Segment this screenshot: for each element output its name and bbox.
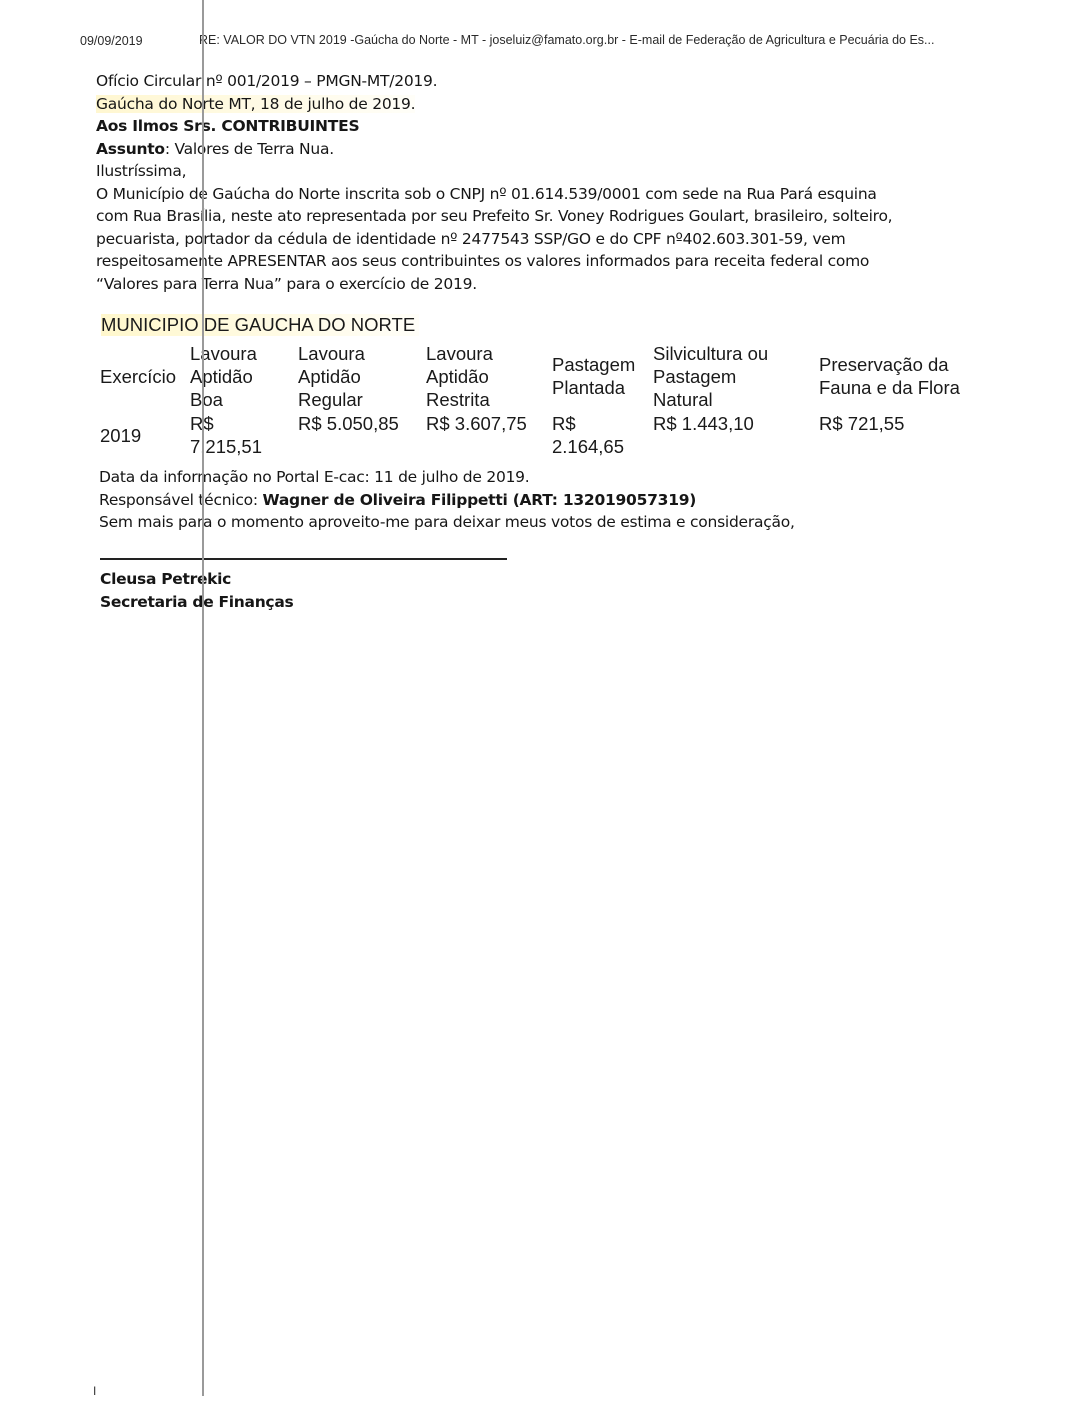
letter: Ofício Circular nº 001/2019 – PMGN-MT/20…: [96, 70, 996, 295]
table-cell: R$ 5.050,85: [298, 412, 426, 458]
body-line: O Município de Gaúcha do Norte inscrita …: [96, 183, 996, 206]
body-line: “Valores para Terra Nua” para o exercíci…: [96, 273, 996, 296]
cell-line: 2019: [100, 424, 190, 447]
column-header: Exercício: [100, 340, 190, 412]
body-line: pecuarista, portador da cédula de identi…: [96, 228, 996, 251]
table-cell: 2019: [100, 412, 190, 458]
header-line: Fauna e da Flora: [819, 376, 989, 399]
header-line: Aptidão: [298, 365, 426, 388]
header-line: Pastagem: [653, 365, 819, 388]
table-cell: R$ 721,55: [819, 412, 989, 458]
header-line: Lavoura: [298, 342, 426, 365]
cell-line: 7.215,51: [190, 435, 298, 458]
table-cell: R$ 1.443,10: [653, 412, 819, 458]
header-line: Natural: [653, 388, 819, 411]
cell-line: R$ 721,55: [819, 412, 989, 435]
header-line: Restrita: [426, 388, 552, 411]
letter-salutation: Ilustríssima,: [96, 160, 996, 183]
cell-line: R$: [190, 412, 298, 435]
letter-subject: Assunto: Valores de Terra Nua.: [96, 138, 996, 161]
header-line: Silvicultura ou: [653, 342, 819, 365]
header-line: Regular: [298, 388, 426, 411]
header-line: Boa: [190, 388, 298, 411]
header-line: Plantada: [552, 376, 653, 399]
body-line: respeitosamente APRESENTAR aos seus cont…: [96, 250, 996, 273]
column-header: LavouraAptidãoRegular: [298, 340, 426, 412]
cell-line: R$ 5.050,85: [298, 412, 426, 435]
column-header: Silvicultura ouPastagemNatural: [653, 340, 819, 412]
table-header-row: ExercícioLavouraAptidãoBoaLavouraAptidão…: [100, 340, 989, 412]
signature-line: [100, 558, 507, 560]
header-line: Aptidão: [190, 365, 298, 388]
header-line: Pastagem: [552, 353, 653, 376]
cell-line: R$ 3.607,75: [426, 412, 552, 435]
table-cell: R$7.215,51: [190, 412, 298, 458]
column-header: LavouraAptidãoRestrita: [426, 340, 552, 412]
cell-line: R$ 1.443,10: [653, 412, 819, 435]
signatory-role: Secretaria de Finanças: [100, 591, 293, 614]
header-line: Aptidão: [426, 365, 552, 388]
print-title: RE: VALOR DO VTN 2019 -Gaúcha do Norte -…: [199, 33, 934, 47]
letter-reference: Ofício Circular nº 001/2019 – PMGN-MT/20…: [96, 70, 996, 93]
header-line: Lavoura: [190, 342, 298, 365]
letter-addressee: Aos Ilmos Srs. CONTRIBUINTES: [96, 115, 996, 138]
body-line: com Rua Brasília, neste ato representada…: [96, 205, 996, 228]
cell-line: 2.164,65: [552, 435, 653, 458]
header-line: Lavoura: [426, 342, 552, 365]
column-header: PastagemPlantada: [552, 340, 653, 412]
signatory-name: Cleusa Petrekic: [100, 568, 293, 591]
footer-mark: I: [93, 1384, 96, 1398]
print-date: 09/09/2019: [80, 34, 143, 48]
header-line: Exercício: [100, 365, 190, 388]
letter-body: O Município de Gaúcha do Norte inscrita …: [96, 183, 996, 296]
table-title: MUNICIPIO DE GAUCHA DO NORTE: [101, 314, 419, 336]
letter-place-date: Gaúcha do Norte MT, 18 de julho de 2019.: [96, 93, 996, 116]
column-header: Preservação daFauna e da Flora: [819, 340, 989, 412]
land-values-table: ExercícioLavouraAptidãoBoaLavouraAptidão…: [100, 340, 989, 458]
scan-artifact-line: [202, 0, 204, 1396]
table-cell: R$2.164,65: [552, 412, 653, 458]
signature-block: Cleusa Petrekic Secretaria de Finanças: [100, 568, 293, 614]
table-row: 2019R$7.215,51R$ 5.050,85R$ 3.607,75R$2.…: [100, 412, 989, 458]
cell-line: R$: [552, 412, 653, 435]
column-header: LavouraAptidãoBoa: [190, 340, 298, 412]
table-cell: R$ 3.607,75: [426, 412, 552, 458]
header-line: Preservação da: [819, 353, 989, 376]
